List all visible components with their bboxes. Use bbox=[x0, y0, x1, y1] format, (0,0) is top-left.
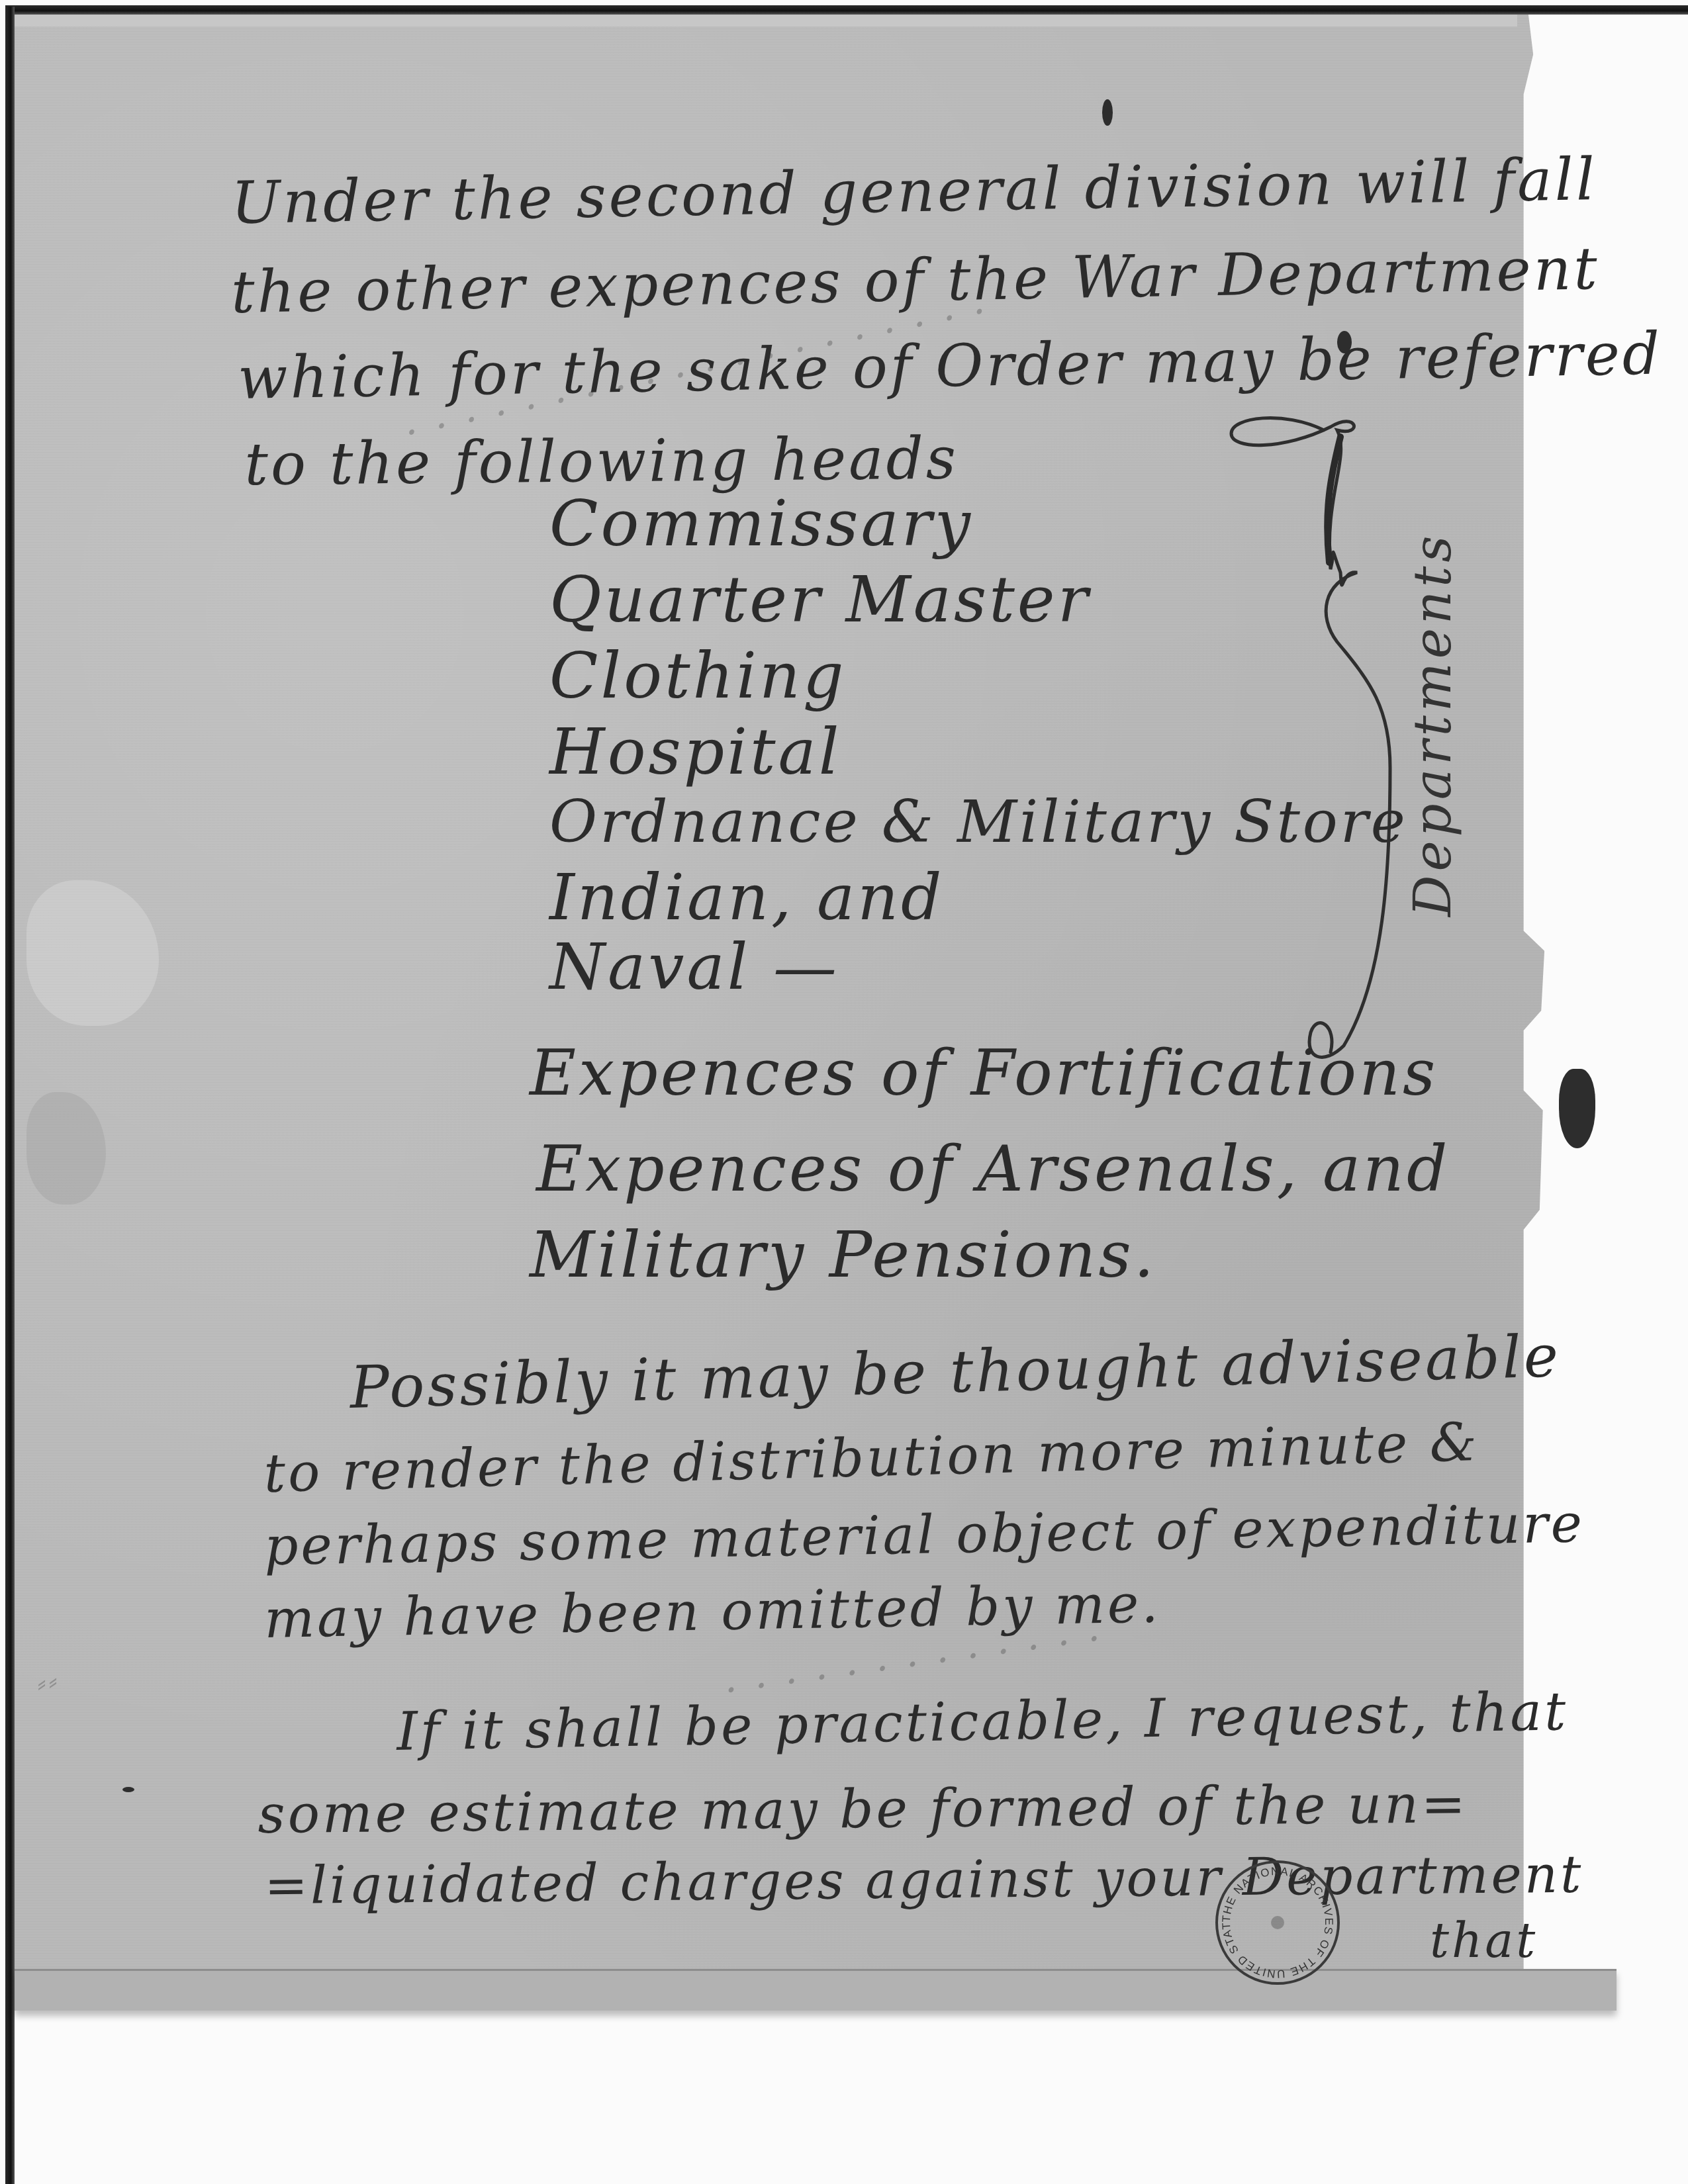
curly-brace-icon bbox=[1225, 397, 1397, 1066]
document-scan: · · · · · · · · · · · · · · · · · · · · … bbox=[0, 0, 1688, 2184]
scanner-frame-top bbox=[5, 5, 1688, 15]
expense-item-arsenals: Expences of Arsenals, and bbox=[536, 1132, 1450, 1206]
scanner-frame-left bbox=[5, 7, 15, 2184]
paragraph-3-line-2: some estimate may be formed of the un= bbox=[258, 1773, 1468, 1845]
page-bottom-fold bbox=[15, 1969, 1617, 2011]
page-top-edge bbox=[15, 15, 1517, 26]
department-item-hospital: Hospital bbox=[549, 715, 841, 789]
departments-bracket-label: Departments bbox=[1403, 532, 1463, 917]
department-item-clothing: Clothing bbox=[549, 639, 846, 713]
ink-blot bbox=[1102, 99, 1113, 126]
expense-item-fortifications: Expences of Fortifications bbox=[530, 1036, 1438, 1110]
national-archives-stamp-icon: THE NATIONAL ARCHIVES OF THE UNITED STAT… bbox=[1211, 1856, 1344, 1989]
catchword: that bbox=[1430, 1913, 1538, 1968]
paragraph-3-line-3: =liquidated charges against your Departm… bbox=[264, 1845, 1583, 1916]
ink-blot bbox=[1559, 1069, 1595, 1148]
expense-item-pensions: Military Pensions. bbox=[530, 1218, 1156, 1292]
department-item-naval: Naval — bbox=[549, 930, 839, 1004]
ink-mark bbox=[122, 1787, 134, 1792]
department-item-quarter-master: Quarter Master bbox=[549, 563, 1091, 637]
department-item-commissary: Commissary bbox=[549, 486, 973, 561]
department-item-indian: Indian, and bbox=[549, 860, 945, 934]
